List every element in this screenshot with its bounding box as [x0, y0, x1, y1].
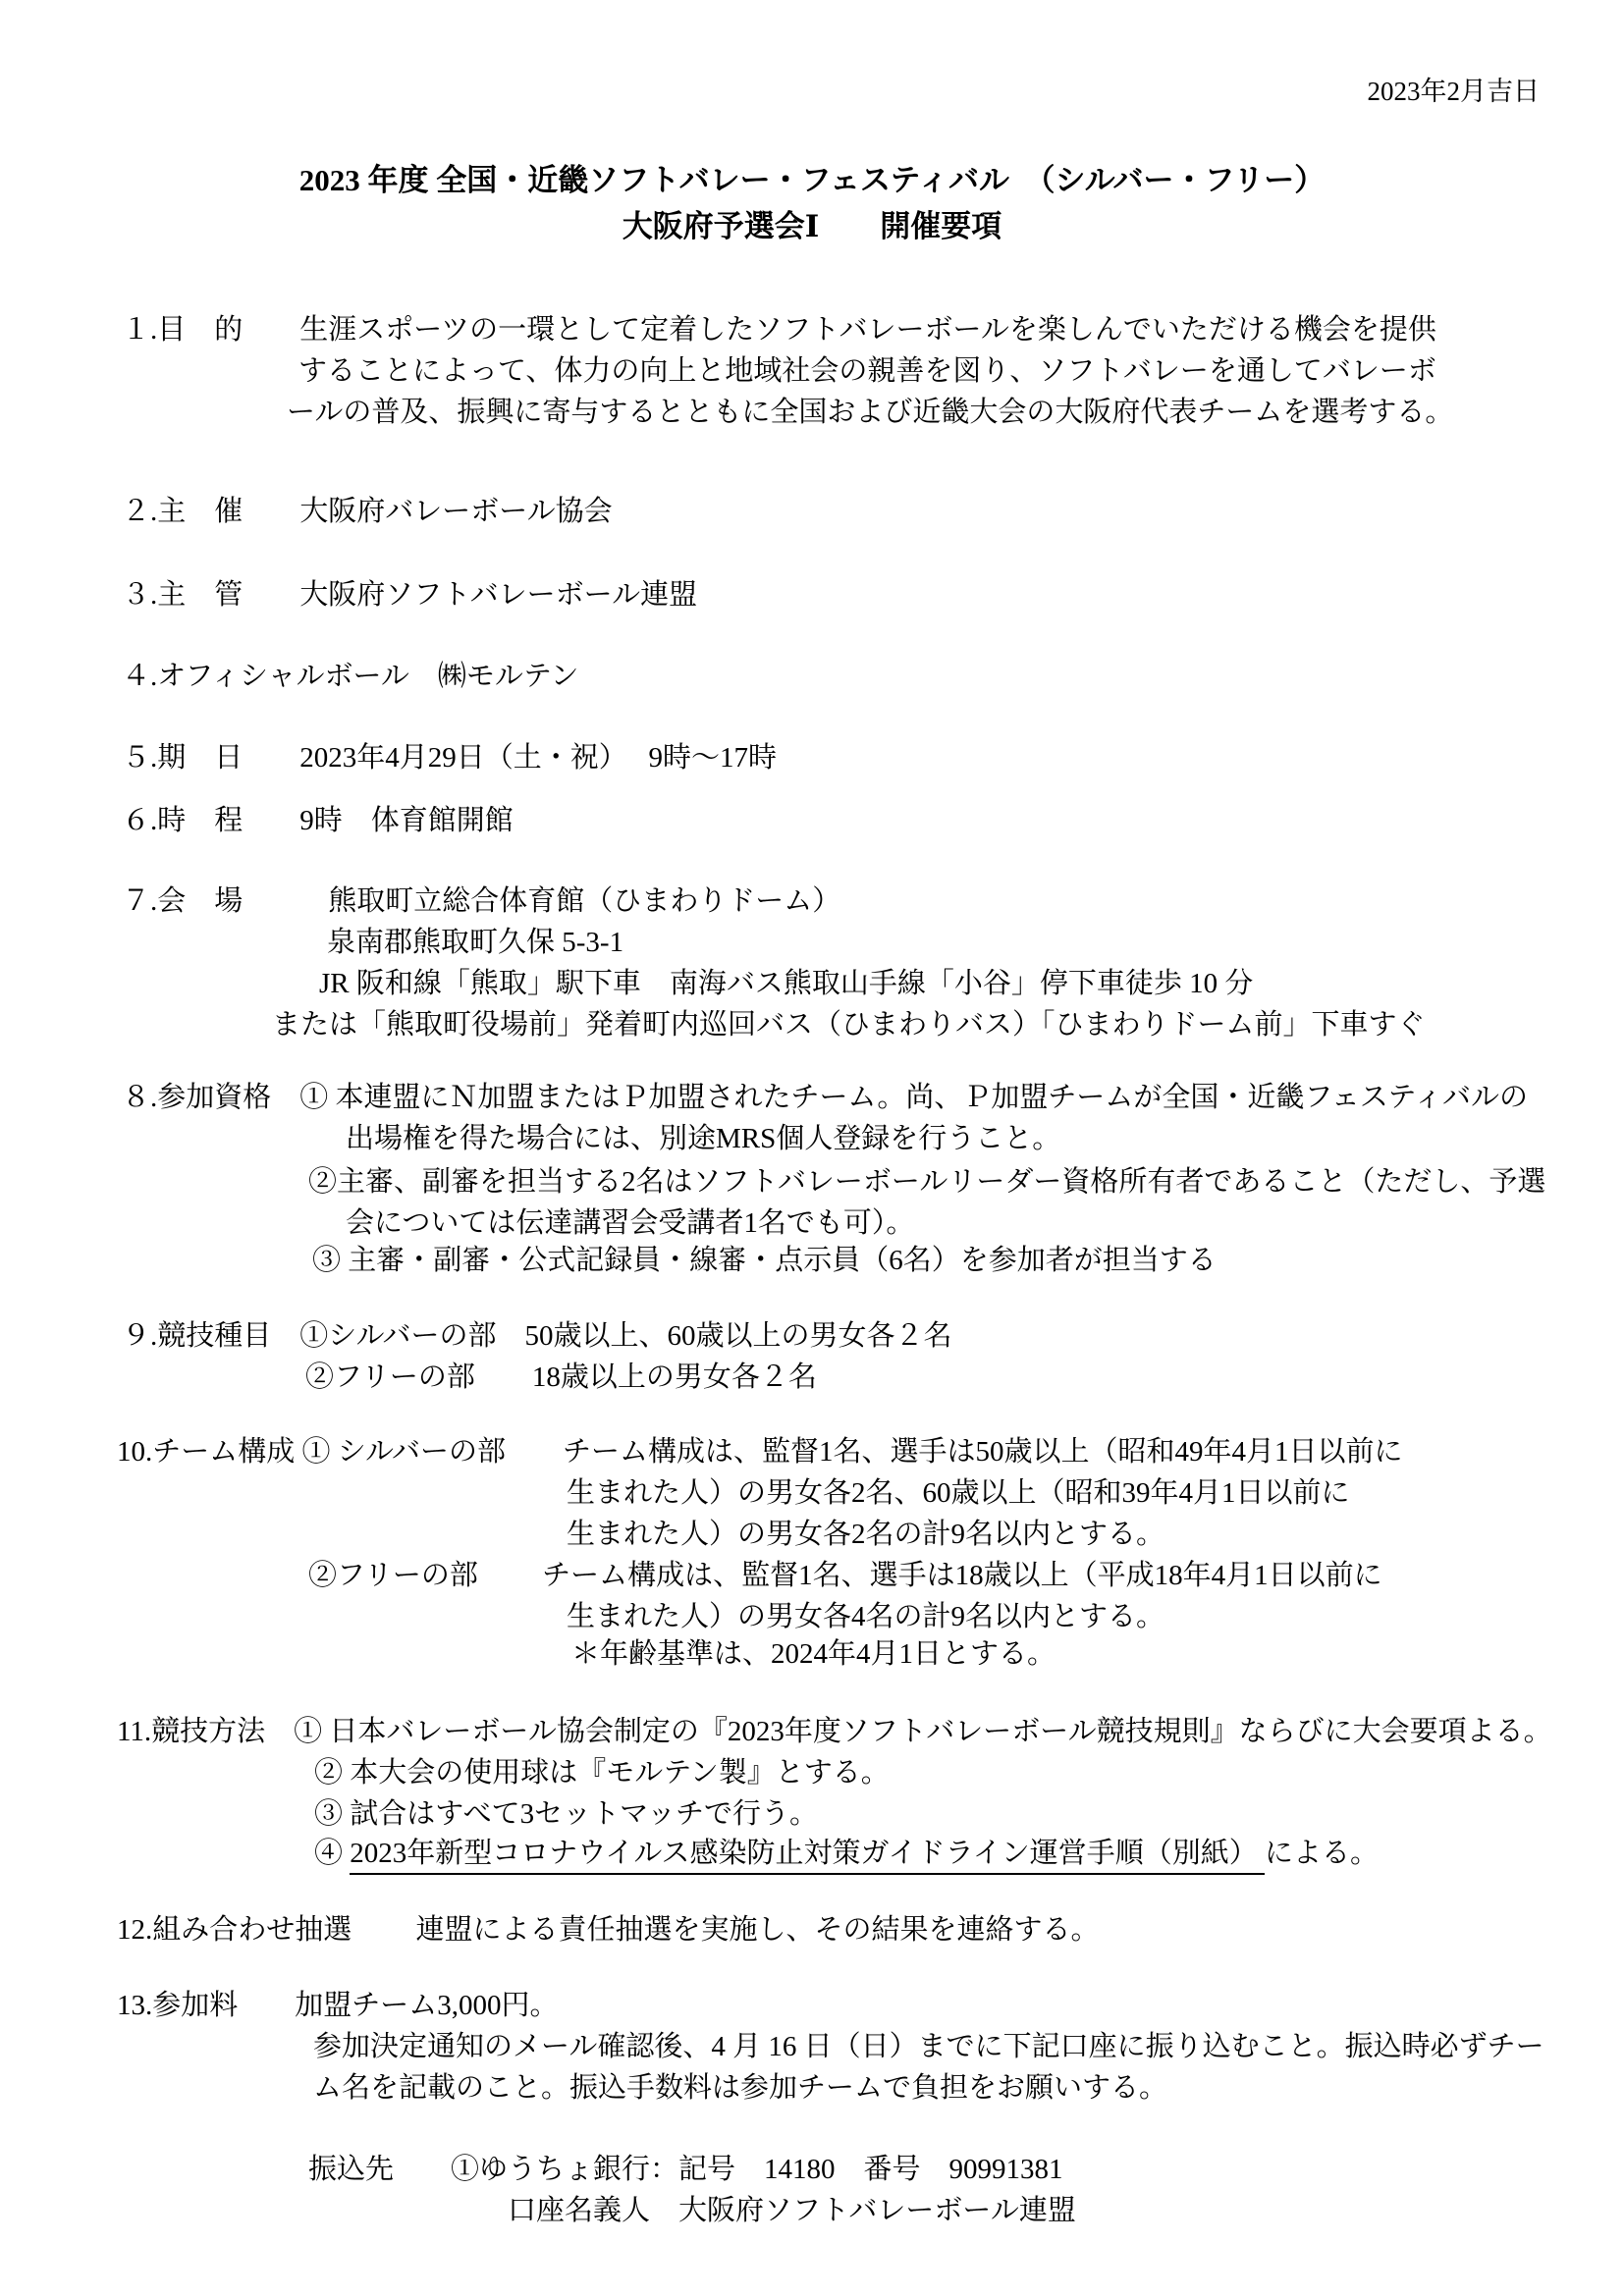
body-line: JR 阪和線「熊取」駅下車 南海バス熊取山手線「小谷」停下車徒歩 10 分 [319, 968, 1253, 1000]
document-page: 2023年2月吉日 2023 年度 全国・近畿ソフトバレー・フェスティバル （シ… [0, 0, 1624, 2296]
body-line: ③ 主審・副審・公式記録員・線審・点示員（6名）を参加者が担当する [312, 1245, 1217, 1277]
body-line: ５.期 日 2023年4月29日（土・祝） 9時～17時 [122, 742, 777, 774]
body-line: ールの普及、振興に寄与するとともに全国および近畿大会の大阪府代表チームを選考する… [287, 397, 1453, 429]
body-line: ム名を記載のこと。振込手数料は参加チームで負担をお願いする。 [313, 2072, 1167, 2105]
body-line: ３.主 管 大阪府ソフトバレーボール連盟 [122, 579, 697, 612]
body-line: ③ 試合はすべて3セットマッチで行う。 [314, 1798, 818, 1831]
body-line: ②フリーの部 18歳以上の男女各２名 [305, 1362, 817, 1394]
body-line: ６.時 程 9時 体育館開館 [122, 805, 514, 837]
body-line: 振込先 ①ゆうちょ銀行：記号 14180 番号 90991381 [308, 2154, 1063, 2186]
body-line: または「熊取町役場前」発着町内巡回バス（ひまわりバス）「ひまわりドーム前」下車す… [272, 1009, 1426, 1041]
body-line: することによって、体力の向上と地域社会の親善を図り、ソフトバレーを通してバレーボ [298, 355, 1436, 388]
body-line: 10.チーム構成 ① シルバーの部 チーム構成は、監督1名、選手は50歳以上（昭… [117, 1436, 1403, 1468]
body-line: 生まれた人）の男女各4名の計9名以内とする。 [567, 1601, 1164, 1633]
body-line: ８.参加資格 ① 本連盟にＮ加盟またはＰ加盟されたチーム。尚、Ｐ加盟チームが全国… [122, 1082, 1528, 1114]
body-line: 参加決定通知のメール確認後、4 月 16 日（日）までに下記口座に振り込むこと。… [313, 2031, 1544, 2063]
body-line: ７.会 場 熊取町立総合体育館（ひまわりドーム） [122, 885, 840, 918]
document-title: 2023 年度 全国・近畿ソフトバレー・フェスティバル （シルバー・フリー） [0, 165, 1624, 195]
underlined-text: 2023年新型コロナウイルス感染防止対策ガイドライン運営手順（別紙） [350, 1838, 1265, 1875]
body-line: ４.オフィシャルボール ㈱モルテン [122, 661, 578, 693]
body-line: 口座名義人 大阪府ソフトバレーボール連盟 [508, 2195, 1076, 2227]
body-line: 生まれた人）の男女各2名、60歳以上（昭和39年4月1日以前に [567, 1477, 1350, 1510]
text-segment: による。 [1265, 1838, 1379, 1869]
body-line: １.目 的 生涯スポーツの一環として定着したソフトバレーボールを楽しんでいただけ… [122, 314, 1436, 347]
document-subtitle: 大阪府予選会Ⅰ 開催要項 [0, 211, 1624, 241]
body-line: ②主審、副審を担当する2名はソフトバレーボールリーダー資格所有者であること（ただ… [308, 1166, 1545, 1199]
body-line: 会については伝達講習会受講者1名でも可）。 [346, 1207, 914, 1240]
body-line: ② 本大会の使用球は『モルテン製』とする。 [314, 1757, 890, 1789]
text-segment: ④ [314, 1838, 350, 1869]
body-line: ④ 2023年新型コロナウイルス感染防止対策ガイドライン運営手順（別紙） による… [314, 1838, 1379, 1870]
body-line: 生まれた人）の男女各2名の計9名以内とする。 [567, 1519, 1164, 1551]
body-line: 泉南郡熊取町久保 5-3-1 [327, 927, 623, 959]
body-line: 出場権を得た場合には、別途MRS個人登録を行うこと。 [346, 1123, 1060, 1155]
body-line: ＊年齢基準は、2024年4月1日とする。 [571, 1638, 1056, 1671]
body-line: 13.参加料 加盟チーム3,000円。 [117, 1990, 559, 2022]
document-date: 2023年2月吉日 [1368, 79, 1541, 105]
body-line: ②フリーの部 チーム構成は、監督1名、選手は18歳以上（平成18年4月1日以前に [308, 1560, 1382, 1592]
body-line: 11.競技方法 ① 日本バレーボール協会制定の『2023年度ソフトバレーボール競… [117, 1716, 1552, 1748]
body-line: ９.競技種目 ①シルバーの部 50歳以上、60歳以上の男女各２名 [122, 1320, 952, 1353]
body-line: 12.組み合わせ抽選 連盟による責任抽選を実施し、その結果を連絡する。 [117, 1914, 1100, 1947]
body-line: ２.主 催 大阪府バレーボール協会 [122, 496, 613, 528]
